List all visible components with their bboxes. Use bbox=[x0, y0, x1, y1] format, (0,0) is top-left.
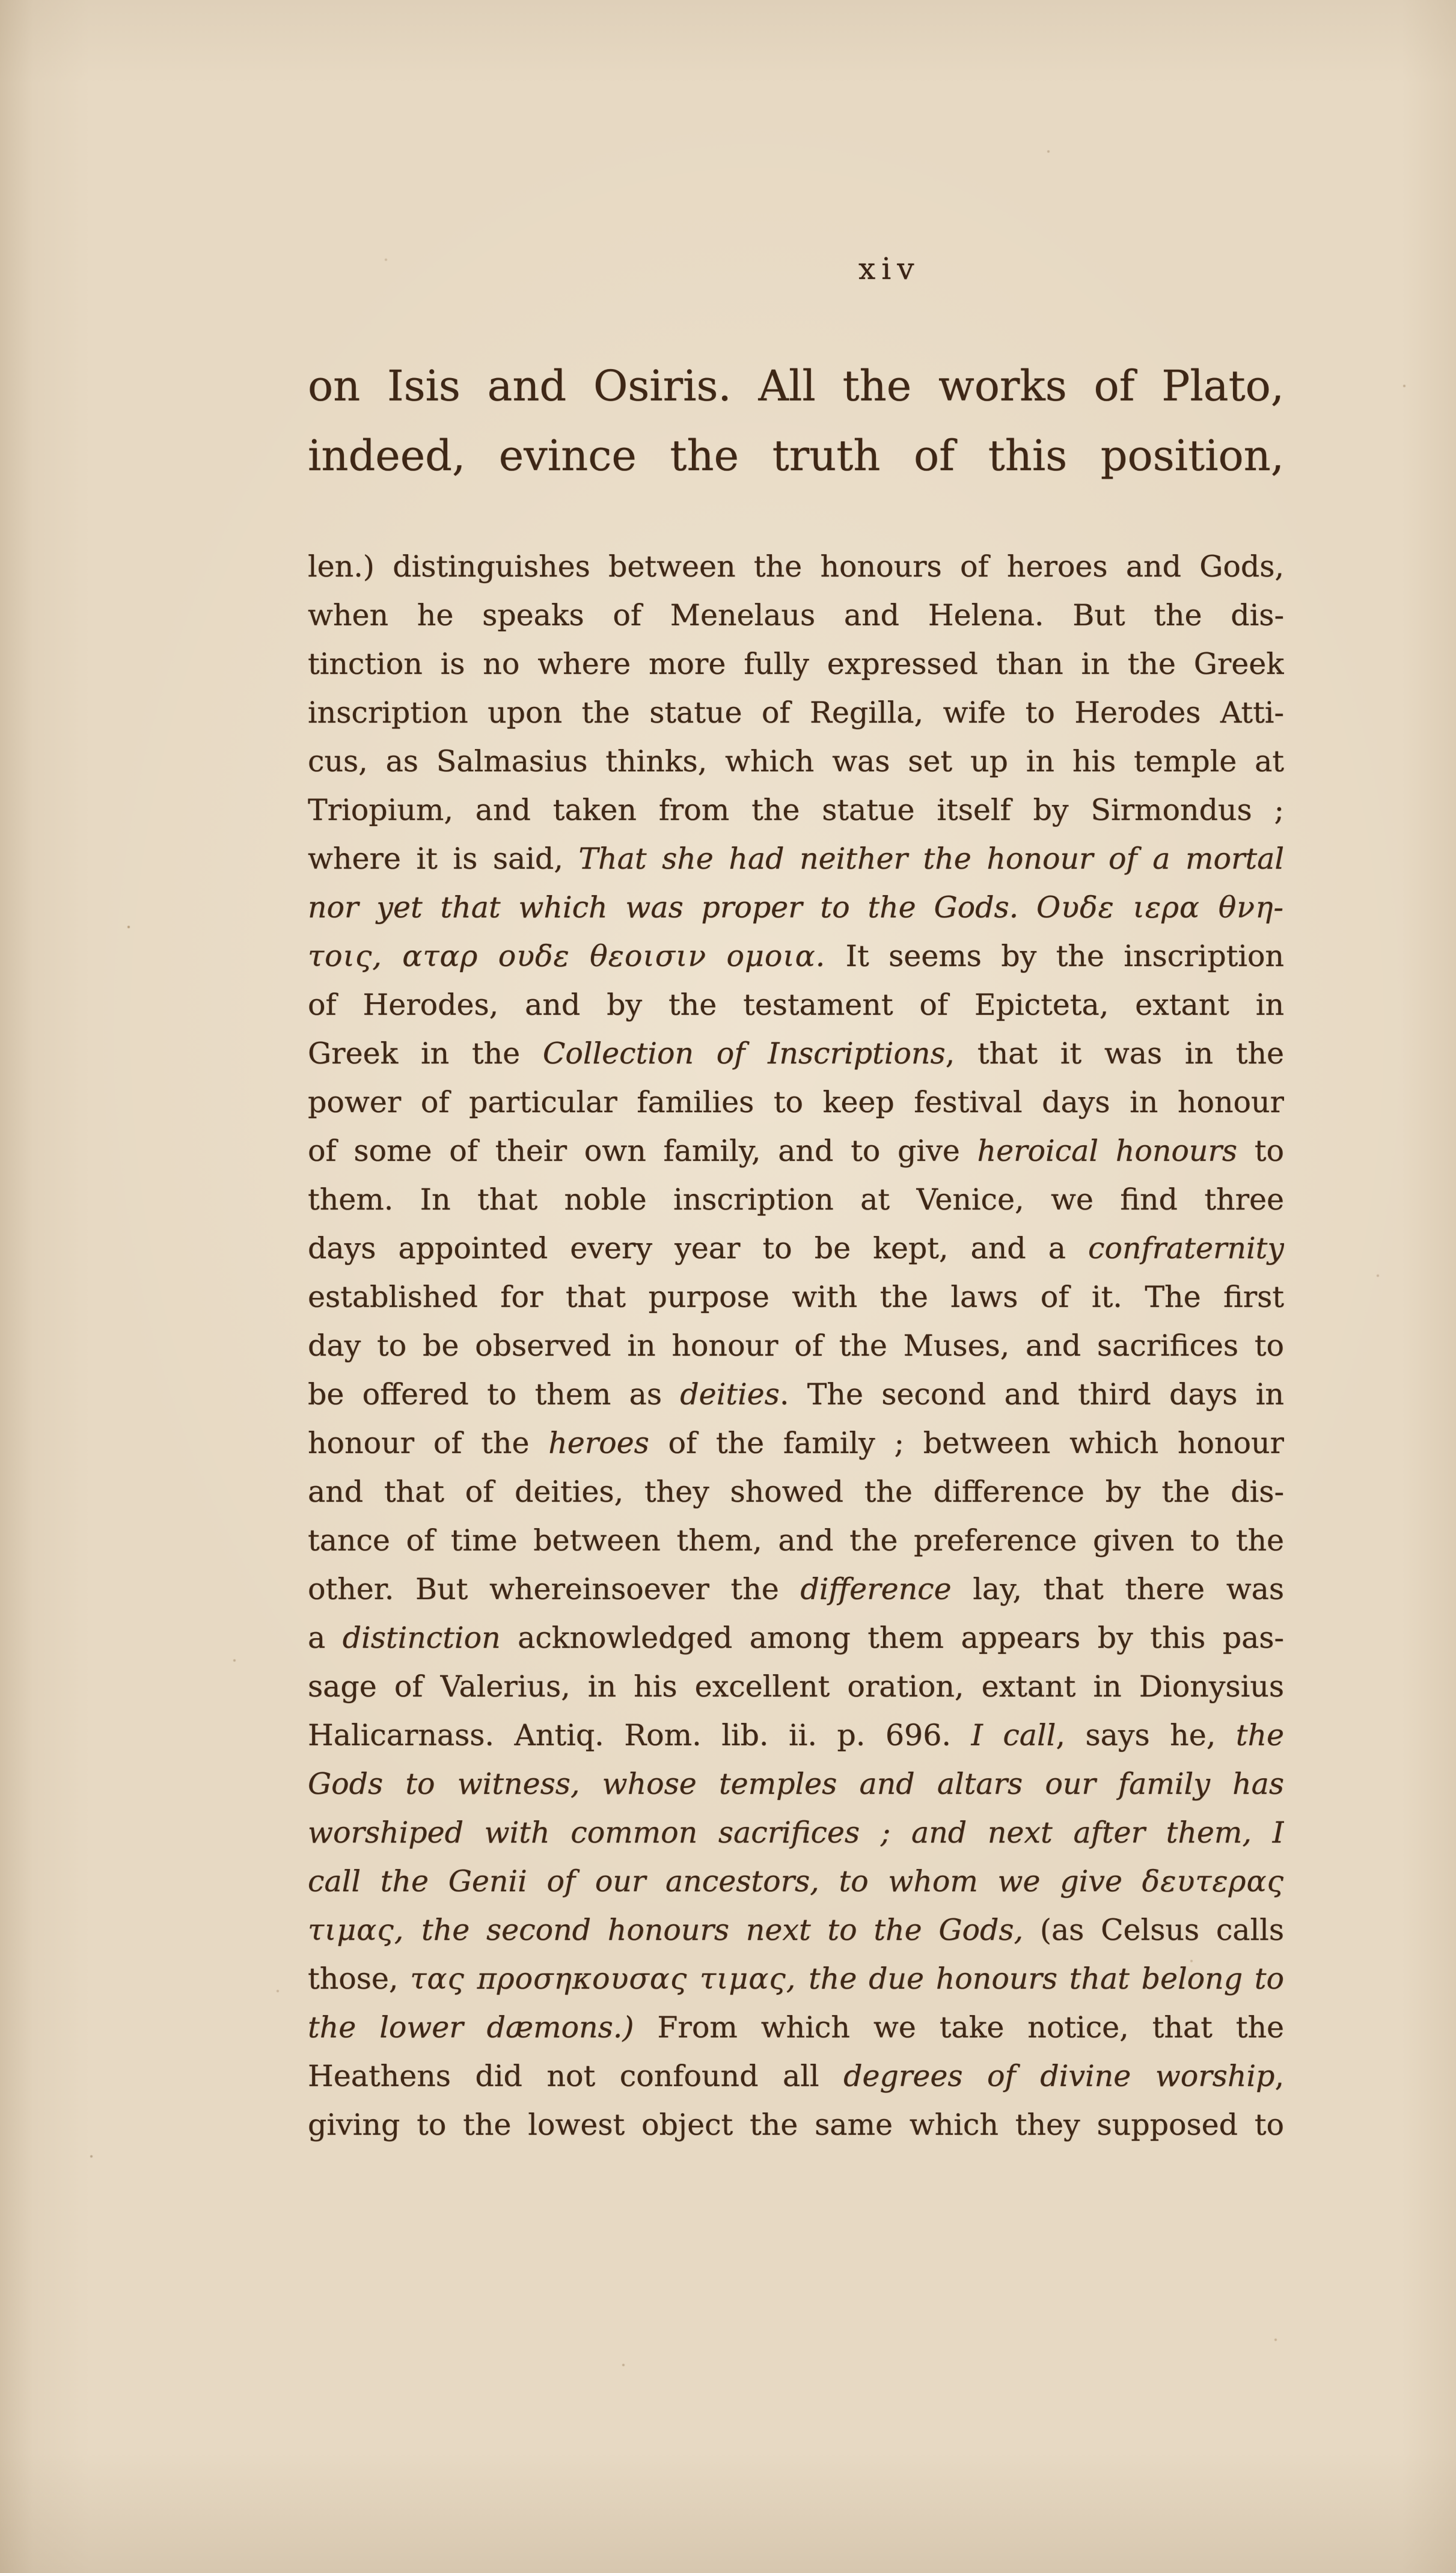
roman-text: established for that purpose with the la… bbox=[308, 1280, 1284, 1314]
roman-text: those, bbox=[308, 1962, 410, 1996]
roman-text: and that of deities, they showed the dif… bbox=[308, 1475, 1284, 1509]
roman-text: days appointed every year to be kept, an… bbox=[308, 1231, 1088, 1265]
roman-text: to bbox=[1237, 1134, 1284, 1168]
text-line: be offered to them as deities. The secon… bbox=[308, 1370, 1284, 1419]
text-line: honour of the heroes of the family ; bet… bbox=[308, 1419, 1284, 1467]
text-line: the lower dæmons.) From which we take no… bbox=[308, 2003, 1284, 2052]
roman-text: of some of their own family, and to give bbox=[308, 1134, 977, 1168]
paper-specks bbox=[0, 0, 2, 2]
text-line: nor yet that which was proper to the God… bbox=[308, 883, 1284, 932]
greek-text: δευτερας bbox=[1142, 1864, 1284, 1898]
roman-text: where it is said, bbox=[308, 842, 578, 876]
italic-text: nor yet that which was proper to the God… bbox=[308, 890, 1036, 925]
roman-text: of Herodes, and by the testament of Epic… bbox=[308, 988, 1284, 1022]
greek-text: τοις, αταρ ουδε θεοισιν ομοια. bbox=[308, 939, 846, 973]
text-line: cus, as Salmasius thinks, which was set … bbox=[308, 737, 1284, 786]
page-number: xiv bbox=[858, 251, 920, 286]
italic-text: heroes bbox=[548, 1426, 649, 1460]
roman-text: a bbox=[308, 1621, 343, 1655]
text-line: when he speaks of Menelaus and Helena. B… bbox=[308, 591, 1284, 640]
greek-text: τας προσηκουσας τιμας, bbox=[410, 1962, 809, 1996]
text-line: on Isis and Osiris. All the works of Pla… bbox=[308, 351, 1284, 421]
text-line: inscription upon the statue of Regilla, … bbox=[308, 688, 1284, 737]
text-line: power of particular families to keep fes… bbox=[308, 1078, 1284, 1127]
italic-text: worshiped with common sacrifices ; and n… bbox=[308, 1816, 1284, 1850]
roman-text: tinction is no where more fully expresse… bbox=[308, 647, 1284, 681]
roman-text: (as Celsus calls bbox=[1040, 1913, 1284, 1947]
text-line: Gods to witness, whose temples and altar… bbox=[308, 1760, 1284, 1808]
italic-text: difference bbox=[800, 1572, 951, 1606]
text-line: tance of time between them, and the pref… bbox=[308, 1516, 1284, 1565]
roman-text: honour of the bbox=[308, 1426, 548, 1460]
note-text-block: len.) distinguishes between the honours … bbox=[308, 542, 1284, 2149]
roman-text: giving to the lowest object the same whi… bbox=[308, 2108, 1284, 2142]
book-page: xiv on Isis and Osiris. All the works of… bbox=[0, 0, 1456, 2573]
text-line: of Herodes, and by the testament of Epic… bbox=[308, 981, 1284, 1029]
roman-text: . The second and third days in bbox=[780, 1377, 1284, 1412]
text-line: those, τας προσηκουσας τιμας, the due ho… bbox=[308, 1954, 1284, 2003]
roman-text: cus, as Salmasius thinks, which was set … bbox=[308, 744, 1284, 779]
text-line: of some of their own family, and to give… bbox=[308, 1127, 1284, 1175]
text-line: sage of Valerius, in his excellent orati… bbox=[308, 1662, 1284, 1711]
text-line: Heathens did not confound all degrees of… bbox=[308, 2052, 1284, 2100]
roman-text: on Isis and Osiris. All the works of Pla… bbox=[308, 361, 1284, 411]
italic-text: the lower dæmons.) bbox=[308, 2010, 657, 2045]
text-line: days appointed every year to be kept, an… bbox=[308, 1224, 1284, 1273]
roman-text: From which we take notice, that the bbox=[657, 2010, 1284, 2045]
roman-text: Heathens did not confound all bbox=[308, 2059, 843, 2093]
italic-text: That she had neither the honour of a mor… bbox=[578, 842, 1284, 876]
italic-text: Gods to witness, whose temples and altar… bbox=[308, 1767, 1284, 1801]
text-line: indeed, evince the truth of this positio… bbox=[308, 421, 1284, 491]
roman-text: them. In that noble inscription at Venic… bbox=[308, 1182, 1284, 1217]
text-line: and that of deities, they showed the dif… bbox=[308, 1467, 1284, 1516]
text-line: established for that purpose with the la… bbox=[308, 1273, 1284, 1321]
roman-text: power of particular families to keep fes… bbox=[308, 1085, 1284, 1119]
italic-text: deities bbox=[680, 1377, 780, 1412]
roman-text: Greek in the bbox=[308, 1036, 543, 1071]
text-line: len.) distinguishes between the honours … bbox=[308, 542, 1284, 591]
text-line: tinction is no where more fully expresse… bbox=[308, 640, 1284, 688]
roman-text: tance of time between them, and the pref… bbox=[308, 1523, 1284, 1558]
italic-text: the due honours that belong to bbox=[809, 1962, 1284, 1996]
italic-text: call the Genii of our ancestors, to whom… bbox=[308, 1864, 1142, 1898]
roman-text: be offered to them as bbox=[308, 1377, 680, 1412]
roman-text: , bbox=[1274, 2059, 1284, 2093]
roman-text: len.) distinguishes between the honours … bbox=[308, 549, 1284, 584]
roman-text: Halicarnass. Antiq. Rom. lib. ii. p. 696… bbox=[308, 1718, 971, 1752]
italic-text: the bbox=[1236, 1718, 1284, 1752]
roman-text: Triopium, and taken from the statue itse… bbox=[308, 793, 1284, 827]
roman-text: of the family ; between which honour bbox=[649, 1426, 1284, 1460]
text-line: Greek in the Collection of Inscriptions,… bbox=[308, 1029, 1284, 1078]
text-line: worshiped with common sacrifices ; and n… bbox=[308, 1808, 1284, 1857]
roman-text: lay, that there was bbox=[952, 1572, 1284, 1606]
text-line: giving to the lowest object the same whi… bbox=[308, 2100, 1284, 2149]
roman-text: It seems by the inscription bbox=[846, 939, 1284, 973]
roman-text: , that it was in the bbox=[946, 1036, 1284, 1071]
text-line: other. But whereinsoever the difference … bbox=[308, 1565, 1284, 1614]
italic-text: confraternity bbox=[1088, 1231, 1284, 1265]
roman-text: sage of Valerius, in his excellent orati… bbox=[308, 1669, 1284, 1704]
italic-text: degrees of divine worship bbox=[843, 2059, 1274, 2093]
text-line: call the Genii of our ancestors, to whom… bbox=[308, 1857, 1284, 1906]
text-line: Triopium, and taken from the statue itse… bbox=[308, 786, 1284, 834]
text-line: τιμας, the second honours next to the Go… bbox=[308, 1906, 1284, 1954]
roman-text: indeed, evince the truth of this positio… bbox=[308, 431, 1284, 480]
main-text-block: on Isis and Osiris. All the works of Pla… bbox=[308, 351, 1284, 491]
italic-text: the second honours next to the Gods, bbox=[421, 1913, 1040, 1947]
roman-text: , says he, bbox=[1056, 1718, 1235, 1752]
text-line: Halicarnass. Antiq. Rom. lib. ii. p. 696… bbox=[308, 1711, 1284, 1760]
roman-text: acknowledged among them appears by this … bbox=[501, 1621, 1284, 1655]
roman-text: day to be observed in honour of the Muse… bbox=[308, 1329, 1284, 1363]
roman-text: when he speaks of Menelaus and Helena. B… bbox=[308, 598, 1284, 632]
text-line: them. In that noble inscription at Venic… bbox=[308, 1175, 1284, 1224]
italic-text: I call bbox=[971, 1718, 1056, 1752]
roman-text: inscription upon the statue of Regilla, … bbox=[308, 696, 1284, 730]
text-line: a distinction acknowledged among them ap… bbox=[308, 1614, 1284, 1662]
text-line: day to be observed in honour of the Muse… bbox=[308, 1321, 1284, 1370]
roman-text: other. But whereinsoever the bbox=[308, 1572, 800, 1606]
text-line: τοις, αταρ ουδε θεοισιν ομοια. It seems … bbox=[308, 932, 1284, 981]
italic-text: Collection of Inscriptions bbox=[543, 1036, 946, 1071]
greek-text: τιμας, bbox=[308, 1913, 421, 1947]
italic-text: heroical honours bbox=[977, 1134, 1238, 1168]
italic-text: distinction bbox=[343, 1621, 501, 1655]
greek-text: Ουδε ιερα θνη- bbox=[1036, 890, 1284, 925]
text-line: where it is said, That she had neither t… bbox=[308, 834, 1284, 883]
